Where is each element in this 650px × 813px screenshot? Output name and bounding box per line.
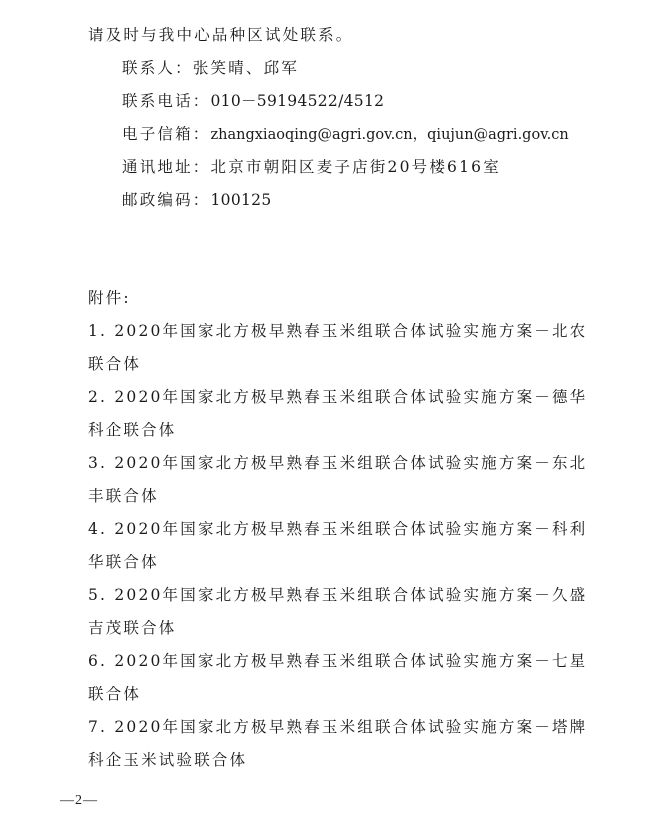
- contact-label: 邮政编码：: [122, 191, 211, 209]
- page-number: —2—: [60, 793, 98, 809]
- attachment-item: 1. 2020年国家北方极早熟春玉米组联合体试验实施方案－北农: [88, 321, 587, 341]
- contact-email: 电子信箱：zhangxiaoqing@agri.gov.cn，qiujun@ag…: [122, 124, 569, 145]
- contact-postcode: 邮政编码：100125: [122, 190, 272, 210]
- contact-label: 联系电话：: [122, 92, 211, 110]
- contact-value: zhangxiaoqing@agri.gov.cn，qiujun@agri.go…: [211, 127, 569, 143]
- attachment-item: 7. 2020年国家北方极早熟春玉米组联合体试验实施方案－塔牌: [88, 717, 587, 737]
- attachment-item: 2. 2020年国家北方极早熟春玉米组联合体试验实施方案－德华: [88, 387, 587, 407]
- contact-phone: 联系电话：010－59194522/4512: [122, 91, 384, 111]
- attachment-item-cont: 联合体: [88, 684, 141, 704]
- contact-person: 联系人：张笑晴、邱军: [122, 58, 299, 78]
- contact-address: 通讯地址：北京市朝阳区麦子店街20号楼616室: [122, 157, 501, 177]
- attachment-item-cont: 丰联合体: [88, 486, 159, 506]
- contact-value: 010－59194522/4512: [211, 92, 385, 110]
- contact-value: 张笑晴、邱军: [193, 59, 299, 77]
- contact-value: 北京市朝阳区麦子店街20号楼616室: [211, 158, 501, 176]
- attachment-item-cont: 华联合体: [88, 552, 159, 572]
- attachment-item-cont: 科企联合体: [88, 420, 177, 440]
- attachment-item-cont: 联合体: [88, 354, 141, 374]
- attachment-item: 3. 2020年国家北方极早熟春玉米组联合体试验实施方案－东北: [88, 453, 587, 473]
- attachment-item-cont: 科企玉米试验联合体: [88, 750, 247, 770]
- intro-line: 请及时与我中心品种区试处联系。: [88, 25, 354, 45]
- attachments-heading: 附件:: [88, 288, 131, 308]
- attachment-item: 4. 2020年国家北方极早熟春玉米组联合体试验实施方案－科利: [88, 519, 587, 539]
- contact-label: 电子信箱：: [122, 125, 211, 143]
- contact-label: 联系人：: [122, 59, 193, 77]
- contact-value: 100125: [211, 191, 272, 209]
- attachment-item-cont: 吉茂联合体: [88, 618, 177, 638]
- attachment-item: 6. 2020年国家北方极早熟春玉米组联合体试验实施方案－七星: [88, 651, 587, 671]
- attachment-item: 5. 2020年国家北方极早熟春玉米组联合体试验实施方案－久盛: [88, 585, 587, 605]
- contact-label: 通讯地址：: [122, 158, 211, 176]
